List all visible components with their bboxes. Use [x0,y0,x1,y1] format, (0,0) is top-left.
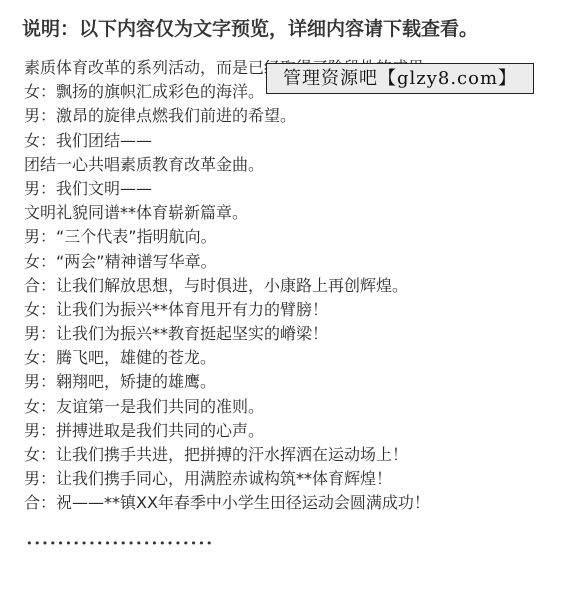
text-line: 男：让我们携手同心，用满腔赤诚构筑**体育辉煌！ [24,467,564,491]
text-line: 团结一心共唱素质教育改革金曲。 [24,153,564,177]
text-line: 合：祝——**镇XX年春季中小学生田径运动会圆满成功！ [24,491,564,515]
text-line: 男：拼搏进取是我们共同的心声。 [24,419,564,443]
ellipsis-dots: •••••••••••••••••••••••• [26,537,214,550]
text-line: 女：友谊第一是我们共同的准则。 [24,395,564,419]
text-line: 女：让我们为振兴**体育甩开有力的臂膀！ [24,298,564,322]
text-line: 女：“两会”精神谱写华章。 [24,250,564,274]
text-line: 文明礼貌同谱**体育崭新篇章。 [24,201,564,225]
text-line: 女：腾飞吧，雄健的苍龙。 [24,346,564,370]
watermark-banner: 管理资源吧【glzy8.com】 [266,63,534,94]
text-line: 男：激昂的旋律点燃我们前进的希望。 [24,104,564,128]
text-line: 男：“三个代表”指明航向。 [24,225,564,249]
preview-notice: 说明：以下内容仅为文字预览，详细内容请下载查看。 [22,14,478,41]
text-line: 男：翱翔吧，矫捷的雄鹰。 [24,370,564,394]
text-line: 合：让我们解放思想，与时俱进，小康路上再创辉煌。 [24,274,564,298]
document-body: 素质体育改革的系列活动，而是已经取得了阶段性的成果 女：飘扬的旗帜汇成彩色的海洋… [24,56,564,516]
text-line: 女：我们团结—— [24,129,564,153]
text-line: 男：让我们为振兴**教育挺起坚实的嵴梁！ [24,322,564,346]
text-line: 女：让我们携手共进，把拼搏的汗水挥洒在运动场上！ [24,443,564,467]
text-line: 男：我们文明—— [24,177,564,201]
